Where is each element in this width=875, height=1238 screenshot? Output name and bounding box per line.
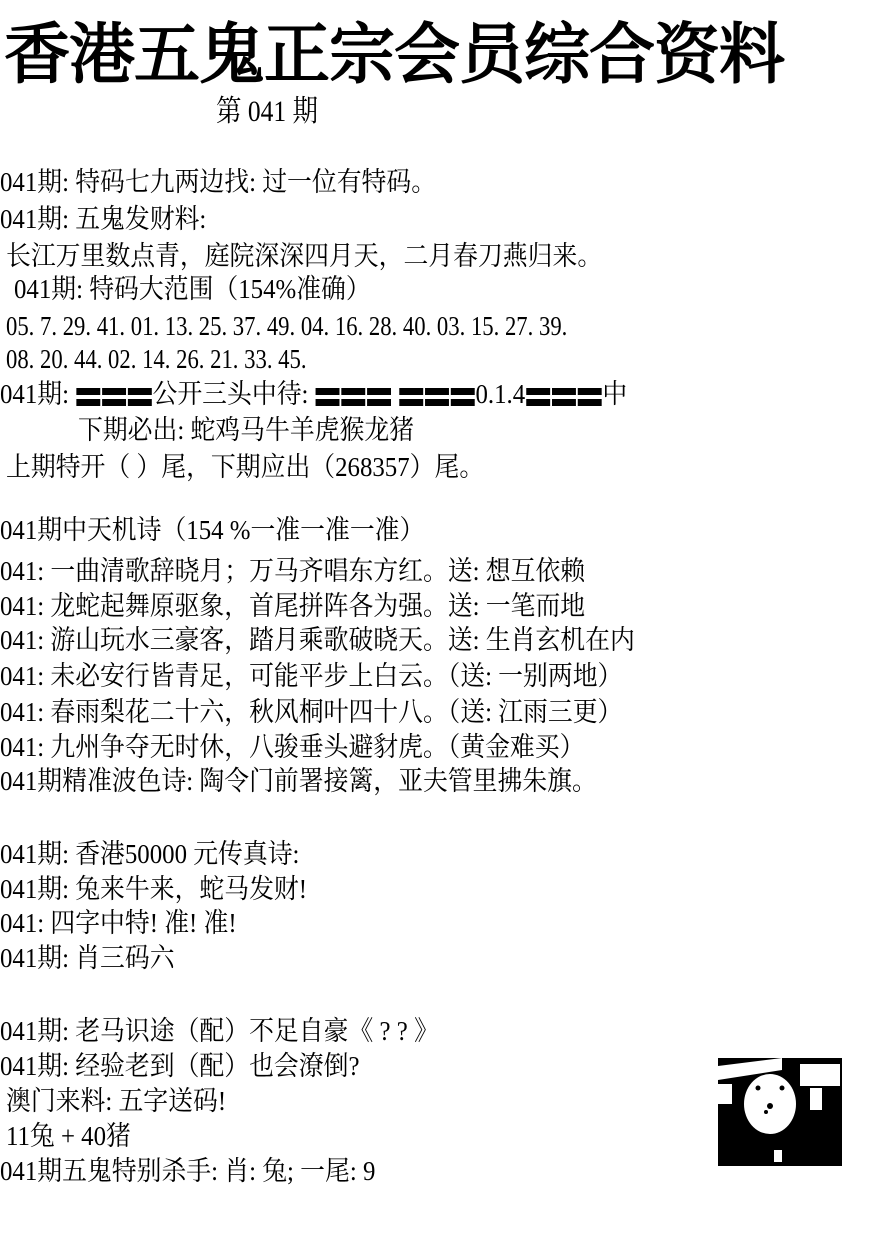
block-mark-icon — [578, 388, 602, 406]
block-mark-icon — [367, 388, 391, 406]
three-heads-digits: 0.1.4 — [475, 379, 525, 409]
number-list-line: 05. 7. 29. 41. 01. 13. 25. 37. 49. 04. 1… — [6, 310, 567, 342]
poem-heading: 041期中天机诗（154 %一准一准一准） — [0, 514, 424, 546]
block-mark-icon — [425, 388, 449, 406]
three-heads-mid: 公开三头中待: — [153, 379, 315, 409]
block-mark-icon — [76, 388, 100, 406]
fax-line: 041期: 香港50000 元传真诗: — [0, 838, 299, 870]
fax-line: 041: 四字中特! 准! 准! — [0, 907, 237, 939]
issue-number: 第 041 期 — [216, 94, 318, 130]
final-line: 041期: 经验老到（配）也会潦倒? — [0, 1050, 359, 1082]
poem-line: 041: 一曲清歌辞晓月；万马齐唱东方红。送: 想互依赖 — [0, 555, 585, 587]
portrait-photo — [718, 1058, 842, 1166]
block-mark-icon — [451, 388, 475, 406]
document-page: 香港五鬼正宗会员综合资料 第 041 期 041期: 特码七九两边找: 过一位有… — [0, 0, 875, 1238]
poem-line: 041: 九州争夺无时休，八骏垂头避豺虎。（黄金难买） — [0, 731, 584, 763]
poem-line: 041: 游山玩水三豪客，踏月乘歌破晓天。送: 生肖玄机在内 — [0, 624, 635, 656]
final-line: 041期: 老马识途（配）不足自豪《 ? ? 》 — [0, 1015, 439, 1047]
number-list-line: 08. 20. 44. 02. 14. 26. 21. 33. 45. — [6, 343, 307, 375]
block-mark-icon — [341, 388, 365, 406]
block-mark-icon — [526, 388, 550, 406]
block-mark-icon — [399, 388, 423, 406]
poem-line: 041: 春雨梨花二十六，秋风桐叶四十八。（送: 江雨三更） — [0, 696, 622, 728]
three-heads-line: 041期: 公开三头中待: 0.1.4中 — [0, 378, 627, 410]
fax-line: 041期: 肖三码六 — [0, 942, 175, 974]
final-line: 澳门来料: 五字送码! — [6, 1085, 226, 1117]
block-mark-icon — [102, 388, 126, 406]
final-line: 11兔 + 40猪 — [6, 1120, 131, 1152]
poem-line: 041: 未必安行皆青足，可能平步上白云。（送: 一别两地） — [0, 660, 622, 692]
text-line: 041期: 特码大范围（154%准确） — [14, 273, 371, 305]
page-title: 香港五鬼正宗会员综合资料 — [4, 14, 874, 94]
wave-poem-line: 041期精准波色诗: 陶令门前署接篱，亚夫管里拂朱旗。 — [0, 765, 597, 797]
block-mark-icon — [316, 388, 340, 406]
text-line: 041期: 五鬼发财料: — [0, 203, 206, 235]
final-line: 041期五鬼特别杀手: 肖: 兔; 一尾: 9 — [0, 1155, 375, 1187]
text-line: 下期必出: 蛇鸡马牛羊虎猴龙猪 — [78, 414, 414, 446]
three-heads-suffix: 中 — [602, 379, 627, 409]
text-line: 长江万里数点青，庭院深深四月天，二月春刀燕归来。 — [6, 240, 602, 272]
text-line: 041期: 特码七九两边找: 过一位有特码。 — [0, 166, 436, 198]
fax-line: 041期: 兔来牛来，蛇马发财! — [0, 873, 307, 905]
portrait-image-icon — [718, 1058, 842, 1166]
block-mark-icon — [128, 388, 152, 406]
poem-line: 041: 龙蛇起舞原驱象，首尾拼阵各为强。送: 一笔而地 — [0, 590, 585, 622]
text-line: 上期特开（ ）尾，下期应出（268357）尾。 — [6, 451, 484, 483]
three-heads-prefix: 041期: — [0, 379, 75, 409]
block-mark-icon — [552, 388, 576, 406]
